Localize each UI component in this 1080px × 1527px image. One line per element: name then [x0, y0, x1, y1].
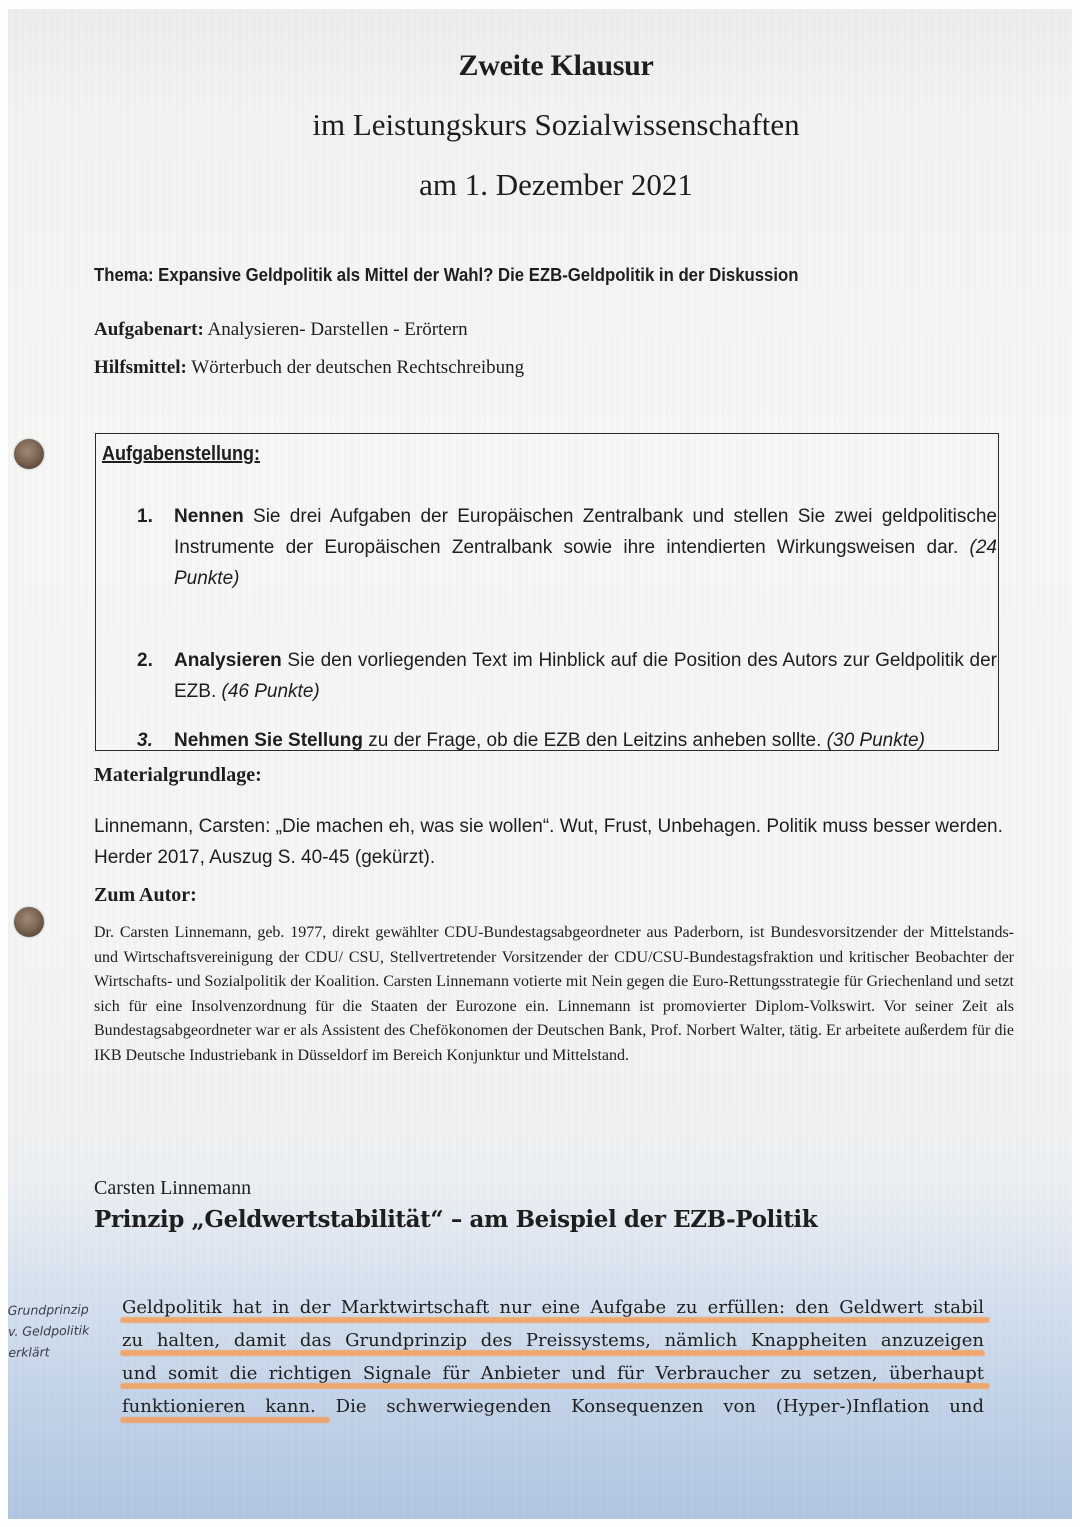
exam-title: Zweite Klausur	[8, 49, 1072, 83]
article-title: Prinzip „Geldwertstabilität“ – am Beispi…	[94, 1206, 817, 1233]
article-line: funktionieren kann. Die schwerwiegenden …	[122, 1390, 984, 1423]
note-line: erklärt	[8, 1340, 120, 1363]
note-line: Grundprinzip	[8, 1298, 120, 1321]
task-text: zu der Frage, ob die EZB den Leitzins an…	[363, 730, 827, 751]
material-source: Linnemann, Carsten: „Die machen eh, was …	[94, 811, 1004, 873]
aids-label: Hilfsmittel:	[94, 357, 187, 378]
task-number: 3.	[137, 725, 153, 756]
task-heading: Aufgabenstellung:	[102, 443, 260, 466]
exam-course: im Leistungskurs Sozialwissenschaften	[8, 107, 1072, 143]
punch-hole-icon	[14, 907, 44, 937]
exam-date: am 1. Dezember 2021	[8, 167, 1072, 203]
article-line: Geldpolitik hat in der Marktwirtschaft n…	[122, 1291, 984, 1324]
task-points: (46 Punkte)	[222, 681, 320, 702]
task-item-2: 2. Analysieren Sie den vorliegenden Text…	[137, 645, 997, 707]
task-type-line: Aufgabenart: Analysieren- Darstellen - E…	[94, 319, 468, 341]
exam-page: Zweite Klausur im Leistungskurs Sozialwi…	[8, 9, 1072, 1519]
task-number: 2.	[137, 645, 153, 676]
topic-label: Thema:	[94, 265, 154, 285]
task-item-1: 1. Nennen Sie drei Aufgaben der Europäis…	[137, 501, 997, 594]
task-verb: Nennen	[174, 506, 244, 527]
article-line: und somit die richtigen Signale für Anbi…	[122, 1357, 984, 1390]
author-heading: Zum Autor:	[94, 884, 197, 907]
aids-line: Hilfsmittel: Wörterbuch der deutschen Re…	[94, 357, 524, 379]
note-line: v. Geldpolitik	[8, 1319, 120, 1342]
topic-value: Expansive Geldpolitik als Mittel der Wah…	[154, 265, 799, 285]
task-points: (30 Punkte)	[827, 730, 925, 751]
task-item-3: 3. Nehmen Sie Stellung zu der Frage, ob …	[137, 725, 997, 756]
task-number: 1.	[137, 501, 153, 532]
task-type-label: Aufgabenart:	[94, 319, 204, 340]
article-body: Geldpolitik hat in der Marktwirtschaft n…	[122, 1291, 984, 1423]
handwritten-margin-note: Grundprinzip v. Geldpolitik erklärt	[8, 1298, 121, 1363]
article-line: zu halten, damit das Grundprinzip des Pr…	[122, 1324, 984, 1357]
task-type-value: Analysieren- Darstellen - Erörtern	[204, 319, 468, 340]
aids-value: Wörterbuch der deutschen Rechtschreibung	[187, 357, 524, 378]
punch-hole-icon	[14, 439, 44, 469]
material-heading: Materialgrundlage:	[94, 764, 262, 787]
task-verb: Analysieren	[174, 650, 282, 671]
task-text: Sie drei Aufgaben der Europäischen Zentr…	[174, 506, 997, 558]
task-verb: Nehmen Sie Stellung	[174, 730, 363, 751]
article-author: Carsten Linnemann	[94, 1177, 251, 1200]
topic-line: Thema: Expansive Geldpolitik als Mittel …	[94, 265, 798, 286]
author-bio: Dr. Carsten Linnemann, geb. 1977, direkt…	[94, 921, 1014, 1068]
